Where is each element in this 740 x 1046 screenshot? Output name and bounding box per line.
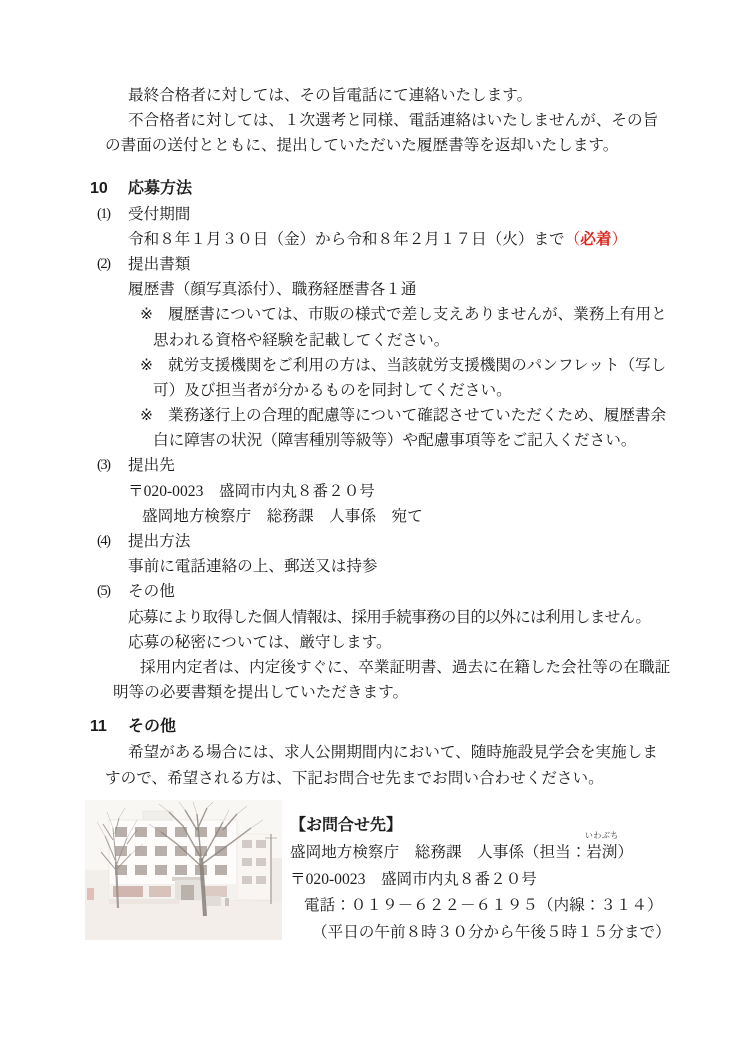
note-marker: ※	[140, 403, 153, 428]
text-segment: 白に障害の状況（障害種別等級等）や配慮事項等をご記入ください。	[153, 432, 636, 449]
text-segment: 受付期間	[128, 206, 190, 223]
text-segment: 応募の秘密については、厳守します。	[128, 634, 392, 651]
text-segment: 電話：０１９－６２２－６１９５（内線：３１４）	[304, 897, 663, 914]
intro-line-1: 最終合格者に対しては、その旨電話にて連絡いたします。	[0, 83, 740, 108]
text-segment: その他	[128, 583, 175, 600]
note-2-line-1: ※就労支援機関をご利用の方は、当該就労支援機関のパンフレット（写し	[0, 353, 740, 378]
tour-line-1: 希望がある場合には、求人公開期間内において、随時施設見学会を実施しま	[0, 740, 740, 765]
furigana: いわぶち	[585, 832, 619, 840]
text-segment: その他	[128, 718, 176, 735]
item-5-title: (5)その他	[0, 579, 740, 604]
section-11-heading: 11その他	[0, 714, 740, 740]
note-3-line-1: ※業務遂行上の合理的配慮等について確認させていただくため、履歴書余	[0, 403, 740, 428]
text-segment: ）	[611, 231, 627, 248]
text-segment: 明等の必要書類を提出していただきます。	[113, 684, 408, 701]
intro-line-3: の書面の送付とともに、提出していただいた履歴書等を返却いたします。	[0, 133, 740, 158]
note-marker: ※	[140, 302, 153, 327]
text-segment: すので、希望される方は、下記お問合せ先までお問い合わせください。	[105, 770, 604, 787]
text-segment: 提出先	[128, 457, 175, 474]
application-period: 令和８年１月３０日（金）から令和８年２月１７日（火）まで（必着）	[0, 227, 740, 252]
submit-address-line-1: 〒020-0023 盛岡市内丸８番２０号	[0, 479, 740, 504]
item-number: (5)	[97, 579, 109, 604]
text-segment: 提出方法	[128, 533, 190, 550]
section-10-heading: 10応募方法	[0, 176, 740, 202]
note-3-line-2: 白に障害の状況（障害種別等級等）や配慮事項等をご記入ください。	[0, 428, 740, 453]
text-segment: 思われる資格や経験を記載してください。	[153, 332, 449, 349]
offer-line-1: 採用内定者は、内定後すぐに、卒業証明書、過去に在籍した会社等の在職証	[0, 655, 740, 680]
document-page: 最終合格者に対しては、その旨電話にて連絡いたします。不合格者に対しては、１次選考…	[0, 0, 740, 1046]
contact-hours-line: （平日の午前８時３０分から午後５時１５分まで）	[0, 920, 740, 947]
item-number: 11	[90, 714, 107, 740]
documents-line: 履歴書（顔写真添付）、職務経歴書各１通	[0, 277, 740, 302]
submit-address-line-2: 盛岡地方検察庁 総務課 人事係 宛て	[0, 504, 740, 529]
contact-heading: 【お問合せ先】	[0, 812, 740, 840]
text-segment: 盛岡地方検察庁 総務課 人事係（担当：	[290, 844, 586, 861]
note-1-line-2: 思われる資格や経験を記載してください。	[0, 328, 740, 353]
privacy-line-2: 応募の秘密については、厳守します。	[0, 630, 740, 655]
contact-address-line: 〒020-0023 盛岡市内丸８番２０号	[0, 867, 740, 894]
text-segment: 就労支援機関をご利用の方は、当該就労支援機関のパンフレット（写し	[168, 357, 666, 374]
text-segment: ）	[618, 844, 634, 861]
submit-method-line: 事前に電話連絡の上、郵送又は持参	[0, 554, 740, 579]
note-2-line-2: 可）及び担当者が分かるものを同封してください。	[0, 378, 740, 403]
contact-person-name: 岩渕いわぶち	[586, 840, 617, 867]
text-segment: 不合格者に対しては、１次選考と同様、電話連絡はいたしませんが、その旨	[128, 112, 658, 129]
tour-line-2: すので、希望される方は、下記お問合せ先までお問い合わせください。	[0, 766, 740, 791]
offer-line-2: 明等の必要書類を提出していただきます。	[0, 680, 740, 705]
item-number: (1)	[97, 202, 109, 227]
intro-line-2: 不合格者に対しては、１次選考と同様、電話連絡はいたしませんが、その旨	[0, 108, 740, 133]
contact-block: 【お問合せ先】盛岡地方検察庁 総務課 人事係（担当：岩渕いわぶち）〒020-00…	[0, 812, 740, 946]
item-number: (4)	[97, 529, 109, 554]
text-segment: 応募方法	[128, 180, 192, 197]
text-segment: 業務遂行上の合理的配慮等について確認させていただくため、履歴書余	[168, 407, 666, 424]
text-segment: 可）及び担当者が分かるものを同封してください。	[153, 382, 512, 399]
text-segment: 履歴書（顔写真添付）、職務経歴書各１通	[128, 281, 416, 298]
item-number: 10	[90, 176, 108, 202]
text-segment: 盛岡地方検察庁 総務課 人事係 宛て	[142, 508, 423, 525]
item-number: (3)	[97, 453, 109, 478]
contact-phone-line: 電話：０１９－６２２－６１９５（内線：３１４）	[0, 893, 740, 920]
text-segment: （平日の午前８時３０分から午後５時１５分まで）	[312, 924, 671, 941]
text-segment: 令和８年１月３０日（金）から令和８年２月１７日（火）まで	[128, 231, 565, 248]
item-1-title: (1)受付期間	[0, 202, 740, 227]
text-segment: の書面の送付とともに、提出していただいた履歴書等を返却いたします。	[105, 137, 618, 154]
text-segment: （	[565, 231, 581, 248]
text-segment: 履歴書については、市販の様式で差し支えありませんが、業務上有用と	[168, 306, 667, 323]
document-flow: 最終合格者に対しては、その旨電話にて連絡いたします。不合格者に対しては、１次選考…	[0, 83, 740, 791]
text-segment: 〒020-0023 盛岡市内丸８番２０号	[128, 483, 375, 500]
privacy-line-1: 応募により取得した個人情報は、採用手続事務の目的以外には利用しません。	[0, 605, 740, 630]
item-2-title: (2)提出書類	[0, 252, 740, 277]
text-segment: 事前に電話連絡の上、郵送又は持参	[128, 558, 378, 575]
contact-office-line: 盛岡地方検察庁 総務課 人事係（担当：岩渕いわぶち）	[0, 840, 740, 867]
note-marker: ※	[140, 353, 153, 378]
text-segment: 提出書類	[128, 256, 190, 273]
item-4-title: (4)提出方法	[0, 529, 740, 554]
item-number: (2)	[97, 252, 109, 277]
item-3-title: (3)提出先	[0, 453, 740, 478]
text-segment: 〒020-0023 盛岡市内丸８番２０号	[290, 871, 537, 888]
note-1-line-1: ※履歴書については、市販の様式で差し支えありませんが、業務上有用と	[0, 302, 740, 327]
must-arrive-label: 必着	[580, 231, 611, 248]
text-segment: 希望がある場合には、求人公開期間内において、随時施設見学会を実施しま	[128, 744, 658, 761]
text-segment: 応募により取得した個人情報は、採用手続事務の目的以外には利用しません。	[128, 609, 650, 626]
text-segment: 最終合格者に対しては、その旨電話にて連絡いたします。	[128, 87, 532, 104]
text-segment: 【お問合せ先】	[290, 817, 402, 834]
text-segment: 採用内定者は、内定後すぐに、卒業証明書、過去に在籍した会社等の在職証	[140, 659, 670, 676]
